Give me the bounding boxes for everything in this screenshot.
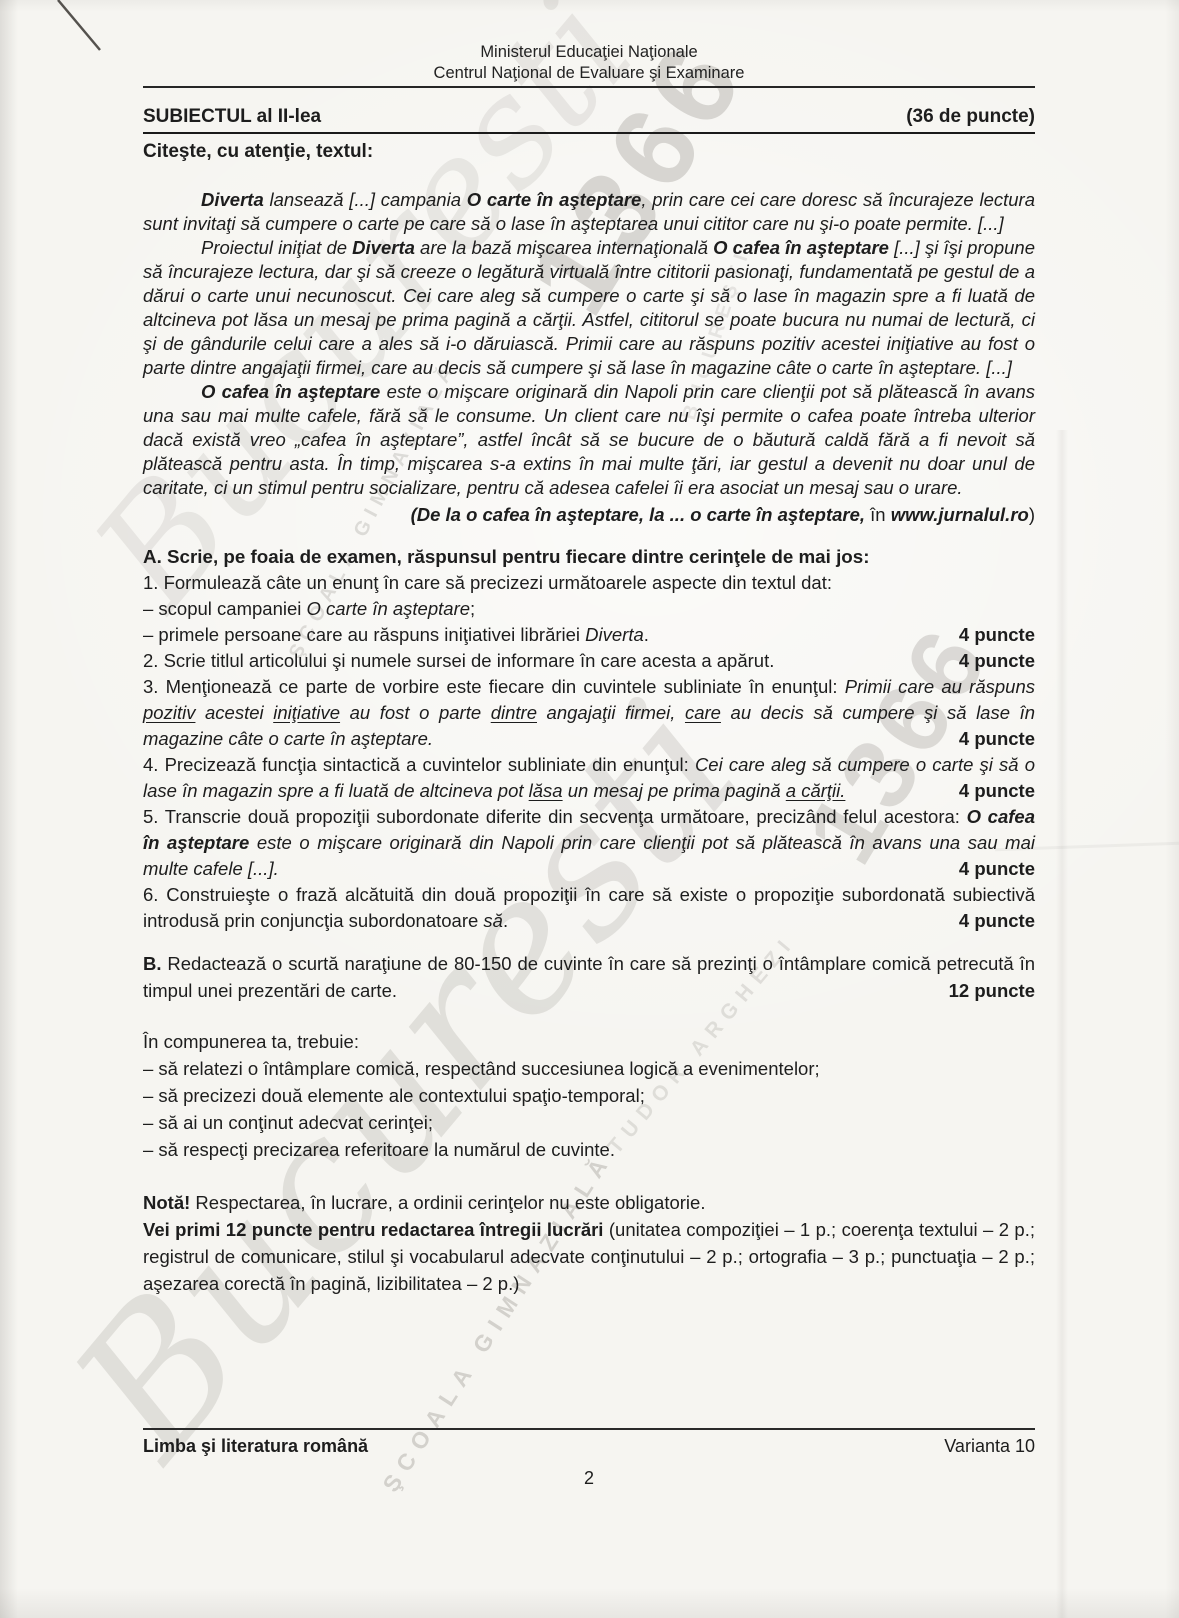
subject-title: SUBIECTUL al II-lea	[143, 105, 321, 129]
points-q2: 4 puncte	[949, 648, 1035, 674]
footer-subject-name: Limba şi literatura română	[143, 1436, 368, 1457]
requirement-item: – să precizezi două elemente ale context…	[143, 1082, 1035, 1109]
subject-title-row: SUBIECTUL al II-lea (36 de puncte)	[143, 105, 1035, 134]
section-b: B. Redactează o scurtă naraţiune de 80-1…	[143, 950, 1035, 1004]
points-q4: 4 puncte	[949, 778, 1035, 804]
evaluation-center-name: Centrul Naţional de Evaluare şi Examinar…	[143, 63, 1035, 84]
subject-points: (36 de puncte)	[906, 105, 1035, 129]
page-content: Ministerul Educaţiei Naţionale Centrul N…	[143, 0, 1035, 1297]
pen-scratch-mark	[0, 0, 140, 70]
requirement-item: – să relatezi o întâmplare comică, respe…	[143, 1055, 1035, 1082]
quote-paragraph-2: Proiectul iniţiat de Diverta are la bază…	[143, 236, 1035, 380]
requirement-item: – să ai un conţinut adecvat cerinţei;	[143, 1109, 1035, 1136]
quoted-text: Diverta lansează [...] campania O carte …	[143, 188, 1035, 500]
points-section-b: 12 puncte	[939, 977, 1035, 1004]
question-1-bullet-2: – primele persoane care au răspuns iniţi…	[143, 622, 1035, 648]
question-2: 2. Scrie titlul articolului şi numele su…	[143, 648, 1035, 674]
read-instruction: Citeşte, cu atenţie, textul:	[143, 140, 1035, 164]
composition-requirements: În compunerea ta, trebuie: – să relatezi…	[143, 1028, 1035, 1163]
question-1: 1. Formulează câte un enunţ în care să p…	[143, 570, 1035, 596]
points-q6: 4 puncte	[949, 908, 1035, 934]
requirement-item: – să respecţi precizarea referitoare la …	[143, 1136, 1035, 1163]
note-line-1: Notă! Respectarea, în lucrare, a ordinii…	[143, 1189, 1035, 1216]
section-a: A. Scrie, pe foaia de examen, răspunsul …	[143, 544, 1035, 934]
ministry-header: Ministerul Educaţiei Naţionale Centrul N…	[143, 0, 1035, 88]
quote-paragraph-3: O cafea în aşteptare este o mişcare orig…	[143, 380, 1035, 500]
note-block: Notă! Respectarea, în lucrare, a ordinii…	[143, 1189, 1035, 1297]
page-footer: Limba şi literatura română Varianta 10	[143, 1428, 1035, 1457]
question-5: 5. Transcrie două propoziţii subordonate…	[143, 804, 1035, 882]
question-1-bullet-1: – scopul campaniei O carte în aşteptare;	[143, 596, 1035, 622]
question-4: 4. Precizează funcţia sintactică a cuvin…	[143, 752, 1035, 804]
points-q1: 4 puncte	[949, 622, 1035, 648]
scanned-exam-page: Bucuresti Bucuresti 1366 1366 ŞCOALA GIM…	[0, 0, 1179, 1618]
page-number: 2	[143, 1468, 1035, 1489]
question-6: 6. Construieşte o frază alcătuită din do…	[143, 882, 1035, 934]
footer-variant: Varianta 10	[944, 1436, 1035, 1457]
note-line-2: Vei primi 12 puncte pentru redactarea în…	[143, 1216, 1035, 1297]
section-a-heading: A. Scrie, pe foaia de examen, răspunsul …	[143, 544, 1035, 570]
points-q5: 4 puncte	[949, 856, 1035, 882]
question-3: 3. Menţionează ce parte de vorbire este …	[143, 674, 1035, 752]
points-q3: 4 puncte	[949, 726, 1035, 752]
quote-source: (De la o cafea în aşteptare, la ... o ca…	[143, 504, 1035, 526]
ministry-name: Ministerul Educaţiei Naţionale	[143, 42, 1035, 63]
quote-paragraph-1: Diverta lansează [...] campania O carte …	[143, 188, 1035, 236]
paper-crease-right	[1056, 430, 1068, 1618]
requirements-intro: În compunerea ta, trebuie:	[143, 1028, 1035, 1055]
